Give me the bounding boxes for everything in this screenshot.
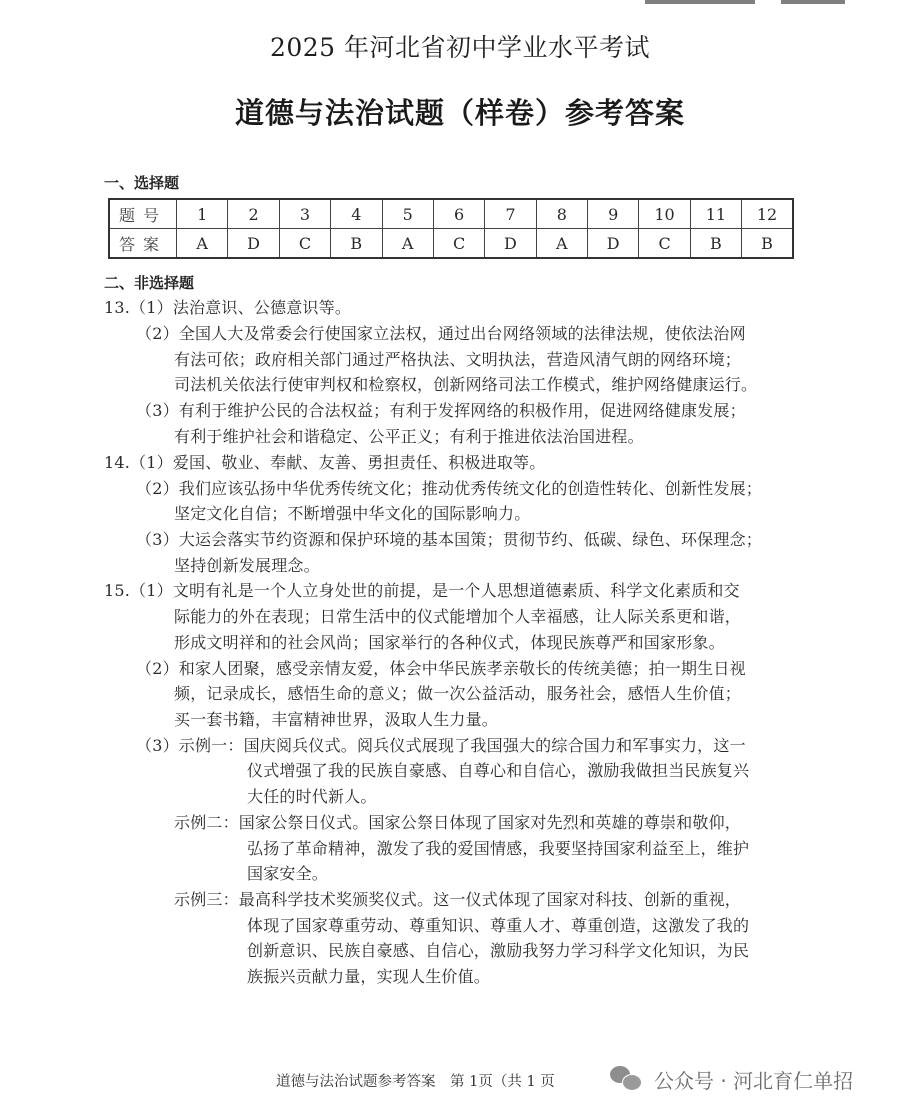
answer-line: （3）大运会落实节约资源和保护环境的基本国策；贯彻节约、低碳、绿色、环保理念； <box>136 527 762 550</box>
question-number: 11 <box>690 199 741 229</box>
answer-line: 体现了国家尊重劳动、尊重知识、尊重人才、尊重创造，这激发了我的 <box>247 913 749 936</box>
section-heading-non-choice: 二、非选择题 <box>104 272 194 293</box>
answer-line: 有利于维护社会和谐稳定、公平正义；有利于推进依法治国进程。 <box>174 424 644 447</box>
question-number: 6 <box>433 199 484 229</box>
question-number: 3 <box>279 199 330 229</box>
answer-line: 族振兴贡献力量，实现人生价值。 <box>247 964 490 987</box>
answer-line: 国家安全。 <box>247 861 328 884</box>
answer-cell: C <box>279 229 330 259</box>
answer-line: 际能力的外在表现；日常生活中的仪式能增加个人幸福感，让人际关系更和谐， <box>174 604 741 627</box>
answer-cell: A <box>382 229 433 259</box>
question-number: 2 <box>228 199 279 229</box>
watermark: 公众号 · 河北育仁单招 <box>608 1062 853 1096</box>
answer-line: 创新意识、民族自豪感、自信心，激励我努力学习科学文化知识，为民 <box>247 938 749 961</box>
answer-cell: B <box>742 229 793 259</box>
table-row-answers: 答案 A D C B A C D A D C B B <box>109 229 793 259</box>
watermark-text: 公众号 · 河北育仁单招 <box>654 1065 853 1094</box>
answer-line: 买一套书籍，丰富精神世界，汲取人生力量。 <box>174 707 498 730</box>
answer-line: 有法可依；政府相关部门通过严格执法、文明执法，营造风清气朗的网络环境； <box>174 347 741 370</box>
question-number: 9 <box>588 199 639 229</box>
question-number: 4 <box>331 199 382 229</box>
answer-line: 频，记录成长，感悟生命的意义；做一次公益活动，服务社会，感悟人生价值； <box>174 681 741 704</box>
row-label-numbers: 题号 <box>109 199 177 229</box>
question-number: 7 <box>485 199 536 229</box>
answer-line: 形成文明祥和的社会风尚；国家举行的各种仪式，体现民族尊严和国家形象。 <box>174 630 725 653</box>
row-label-answers: 答案 <box>109 229 177 259</box>
wechat-icon <box>608 1066 644 1092</box>
answer-cell: C <box>433 229 484 259</box>
answer-line: 示例三：最高科学技术奖颁奖仪式。这一仪式体现了国家对科技、创新的重视， <box>174 887 741 910</box>
answer-line: 14.（1）爱国、敬业、奉献、友善、勇担责任、积极进取等。 <box>104 450 545 473</box>
answer-line: 弘扬了革命精神，激发了我的爱国情感，我要坚持国家利益至上，维护 <box>247 836 749 859</box>
answer-line: （3）有利于维护公民的合法权益；有利于发挥网络的积极作用，促进网络健康发展； <box>136 398 746 421</box>
question-number: 8 <box>536 199 587 229</box>
table-row-numbers: 题号 1 2 3 4 5 6 7 8 9 10 11 12 <box>109 199 793 229</box>
answer-line: 大任的时代新人。 <box>247 784 377 807</box>
answer-cell: D <box>228 229 279 259</box>
answer-cell: C <box>639 229 690 259</box>
answer-line: 坚持创新发展理念。 <box>174 553 320 576</box>
answer-line: 15.（1）文明有礼是一个人立身处世的前提，是一个人思想道德素质、科学文化素质和… <box>104 578 740 601</box>
answer-line: 仪式增强了我的民族自豪感、自尊心和自信心，激励我做担当民族复兴 <box>247 758 749 781</box>
section-heading-multiple-choice: 一、选择题 <box>104 172 179 193</box>
answer-line: （3）示例一：国庆阅兵仪式。阅兵仪式展现了我国强大的综合国力和军事实力，这一 <box>136 733 746 756</box>
question-number: 12 <box>742 199 793 229</box>
cropped-header-remnant <box>645 0 845 4</box>
answer-line: （2）全国人大及常委会行使国家立法权，通过出台网络领域的法律法规，使依法治网 <box>136 321 746 344</box>
question-number: 1 <box>177 199 228 229</box>
answer-cell: D <box>588 229 639 259</box>
question-number: 5 <box>382 199 433 229</box>
answer-cell: B <box>690 229 741 259</box>
exam-title: 2025 年河北省初中学业水平考试 <box>0 28 920 64</box>
answer-line: （2）我们应该弘扬中华优秀传统文化；推动优秀传统文化的创造性转化、创新性发展； <box>136 476 762 499</box>
document-subtitle: 道德与法治试题（样卷）参考答案 <box>0 91 920 132</box>
answer-cell: A <box>536 229 587 259</box>
page-footer: 道德与法治试题参考答案 第 1页（共 1 页 <box>276 1070 555 1091</box>
answer-line: 示例二：国家公祭日仪式。国家公祭日体现了国家对先烈和英雄的尊崇和敬仰， <box>174 810 741 833</box>
answer-cell: B <box>331 229 382 259</box>
question-number: 10 <box>639 199 690 229</box>
answer-line: （2）和家人团聚，感受亲情友爱，体会中华民族孝亲敬长的传统美德；拍一期生日视 <box>136 656 746 679</box>
answer-line: 司法机关依法行使审判权和检察权，创新网络司法工作模式，维护网络健康运行。 <box>174 372 757 395</box>
answer-line: 13.（1）法治意识、公德意识等。 <box>104 295 351 318</box>
answer-cell: A <box>177 229 228 259</box>
answer-cell: D <box>485 229 536 259</box>
answer-key-table: 题号 1 2 3 4 5 6 7 8 9 10 11 12 答案 A D C B… <box>108 198 794 259</box>
answer-line: 坚定文化自信；不断增强中华文化的国际影响力。 <box>174 501 530 524</box>
